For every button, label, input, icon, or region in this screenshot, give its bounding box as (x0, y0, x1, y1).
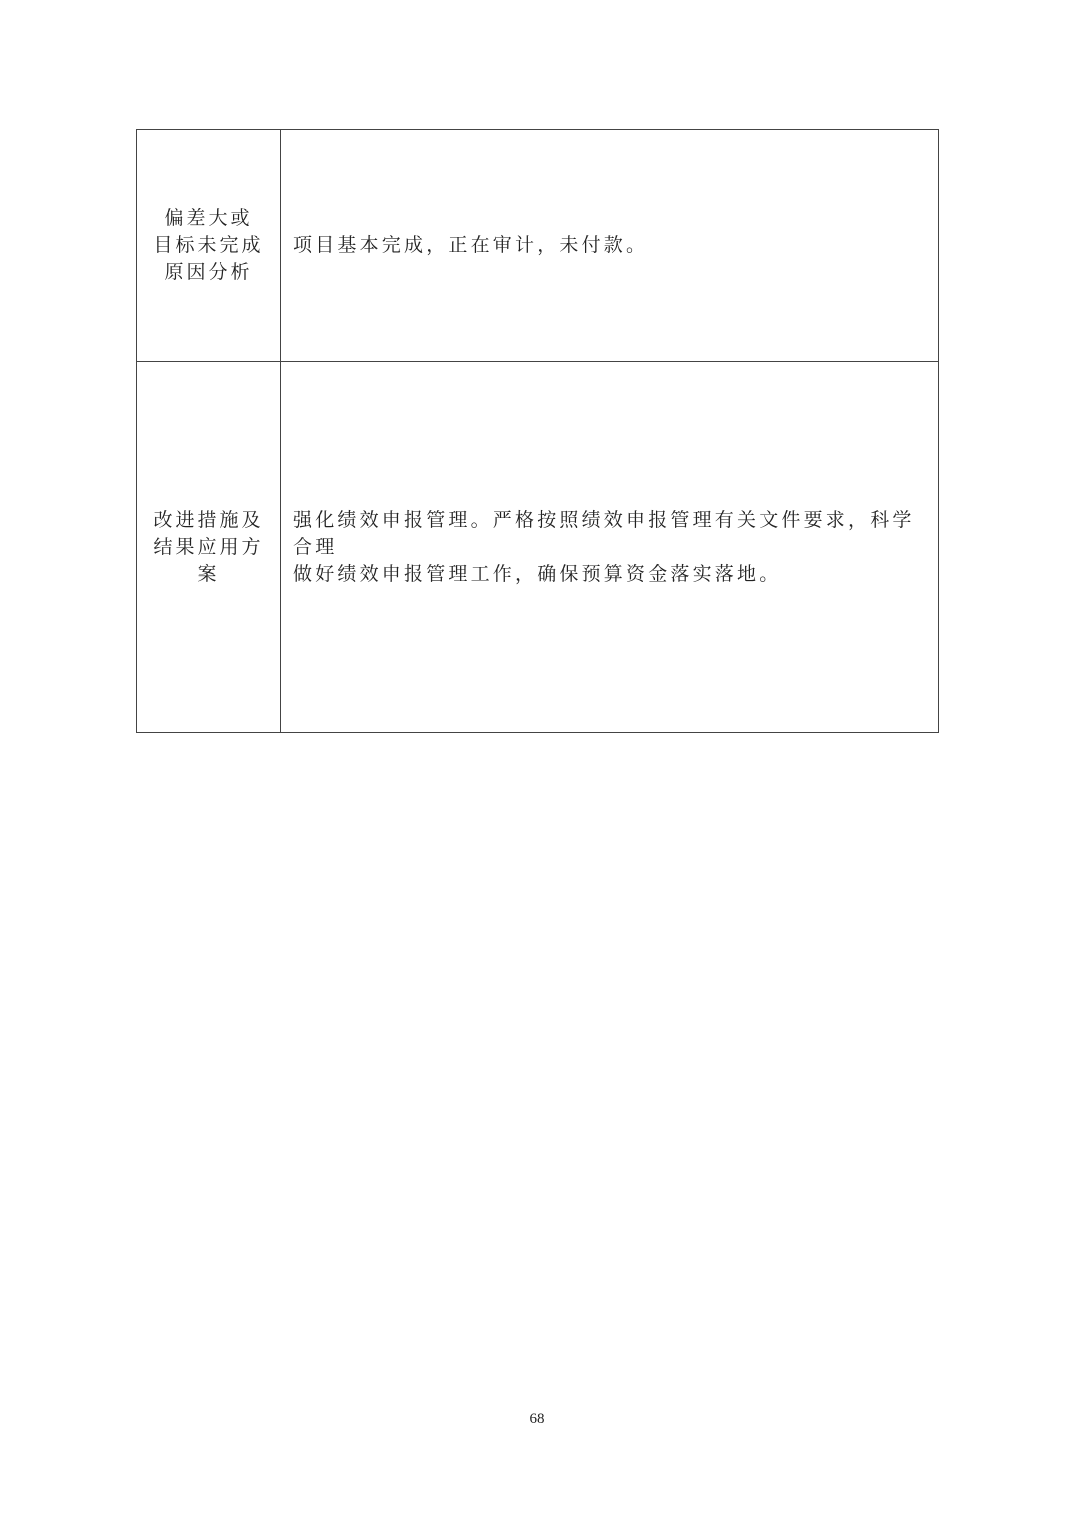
content-line: 做好绩效申报管理工作，确保预算资金落实落地。 (293, 561, 930, 588)
row-label-improvement-measures: 改进措施及 结果应用方 案 (137, 362, 281, 733)
row-content-improvement-measures: 强化绩效申报管理。严格按照绩效申报管理有关文件要求，科学合理 做好绩效申报管理工… (281, 362, 939, 733)
label-line: 原因分析 (141, 259, 276, 286)
label-line: 改进措施及 (141, 507, 276, 534)
label-line: 案 (141, 561, 276, 588)
row-label-deviation-analysis: 偏差大或 目标未完成 原因分析 (137, 130, 281, 362)
label-line: 目标未完成 (141, 232, 276, 259)
label-line: 偏差大或 (141, 205, 276, 232)
content-line: 强化绩效申报管理。严格按照绩效申报管理有关文件要求，科学合理 (293, 507, 930, 561)
evaluation-table: 偏差大或 目标未完成 原因分析 项目基本完成，正在审计，未付款。 改进措施及 结… (136, 129, 939, 733)
page-number: 68 (0, 1411, 1074, 1428)
label-line: 结果应用方 (141, 534, 276, 561)
table-row-improvement-measures: 改进措施及 结果应用方 案 强化绩效申报管理。严格按照绩效申报管理有关文件要求，… (137, 362, 939, 733)
row-content-deviation-analysis: 项目基本完成，正在审计，未付款。 (281, 130, 939, 362)
content-line: 项目基本完成，正在审计，未付款。 (293, 232, 930, 259)
table-row-deviation-analysis: 偏差大或 目标未完成 原因分析 项目基本完成，正在审计，未付款。 (137, 130, 939, 362)
